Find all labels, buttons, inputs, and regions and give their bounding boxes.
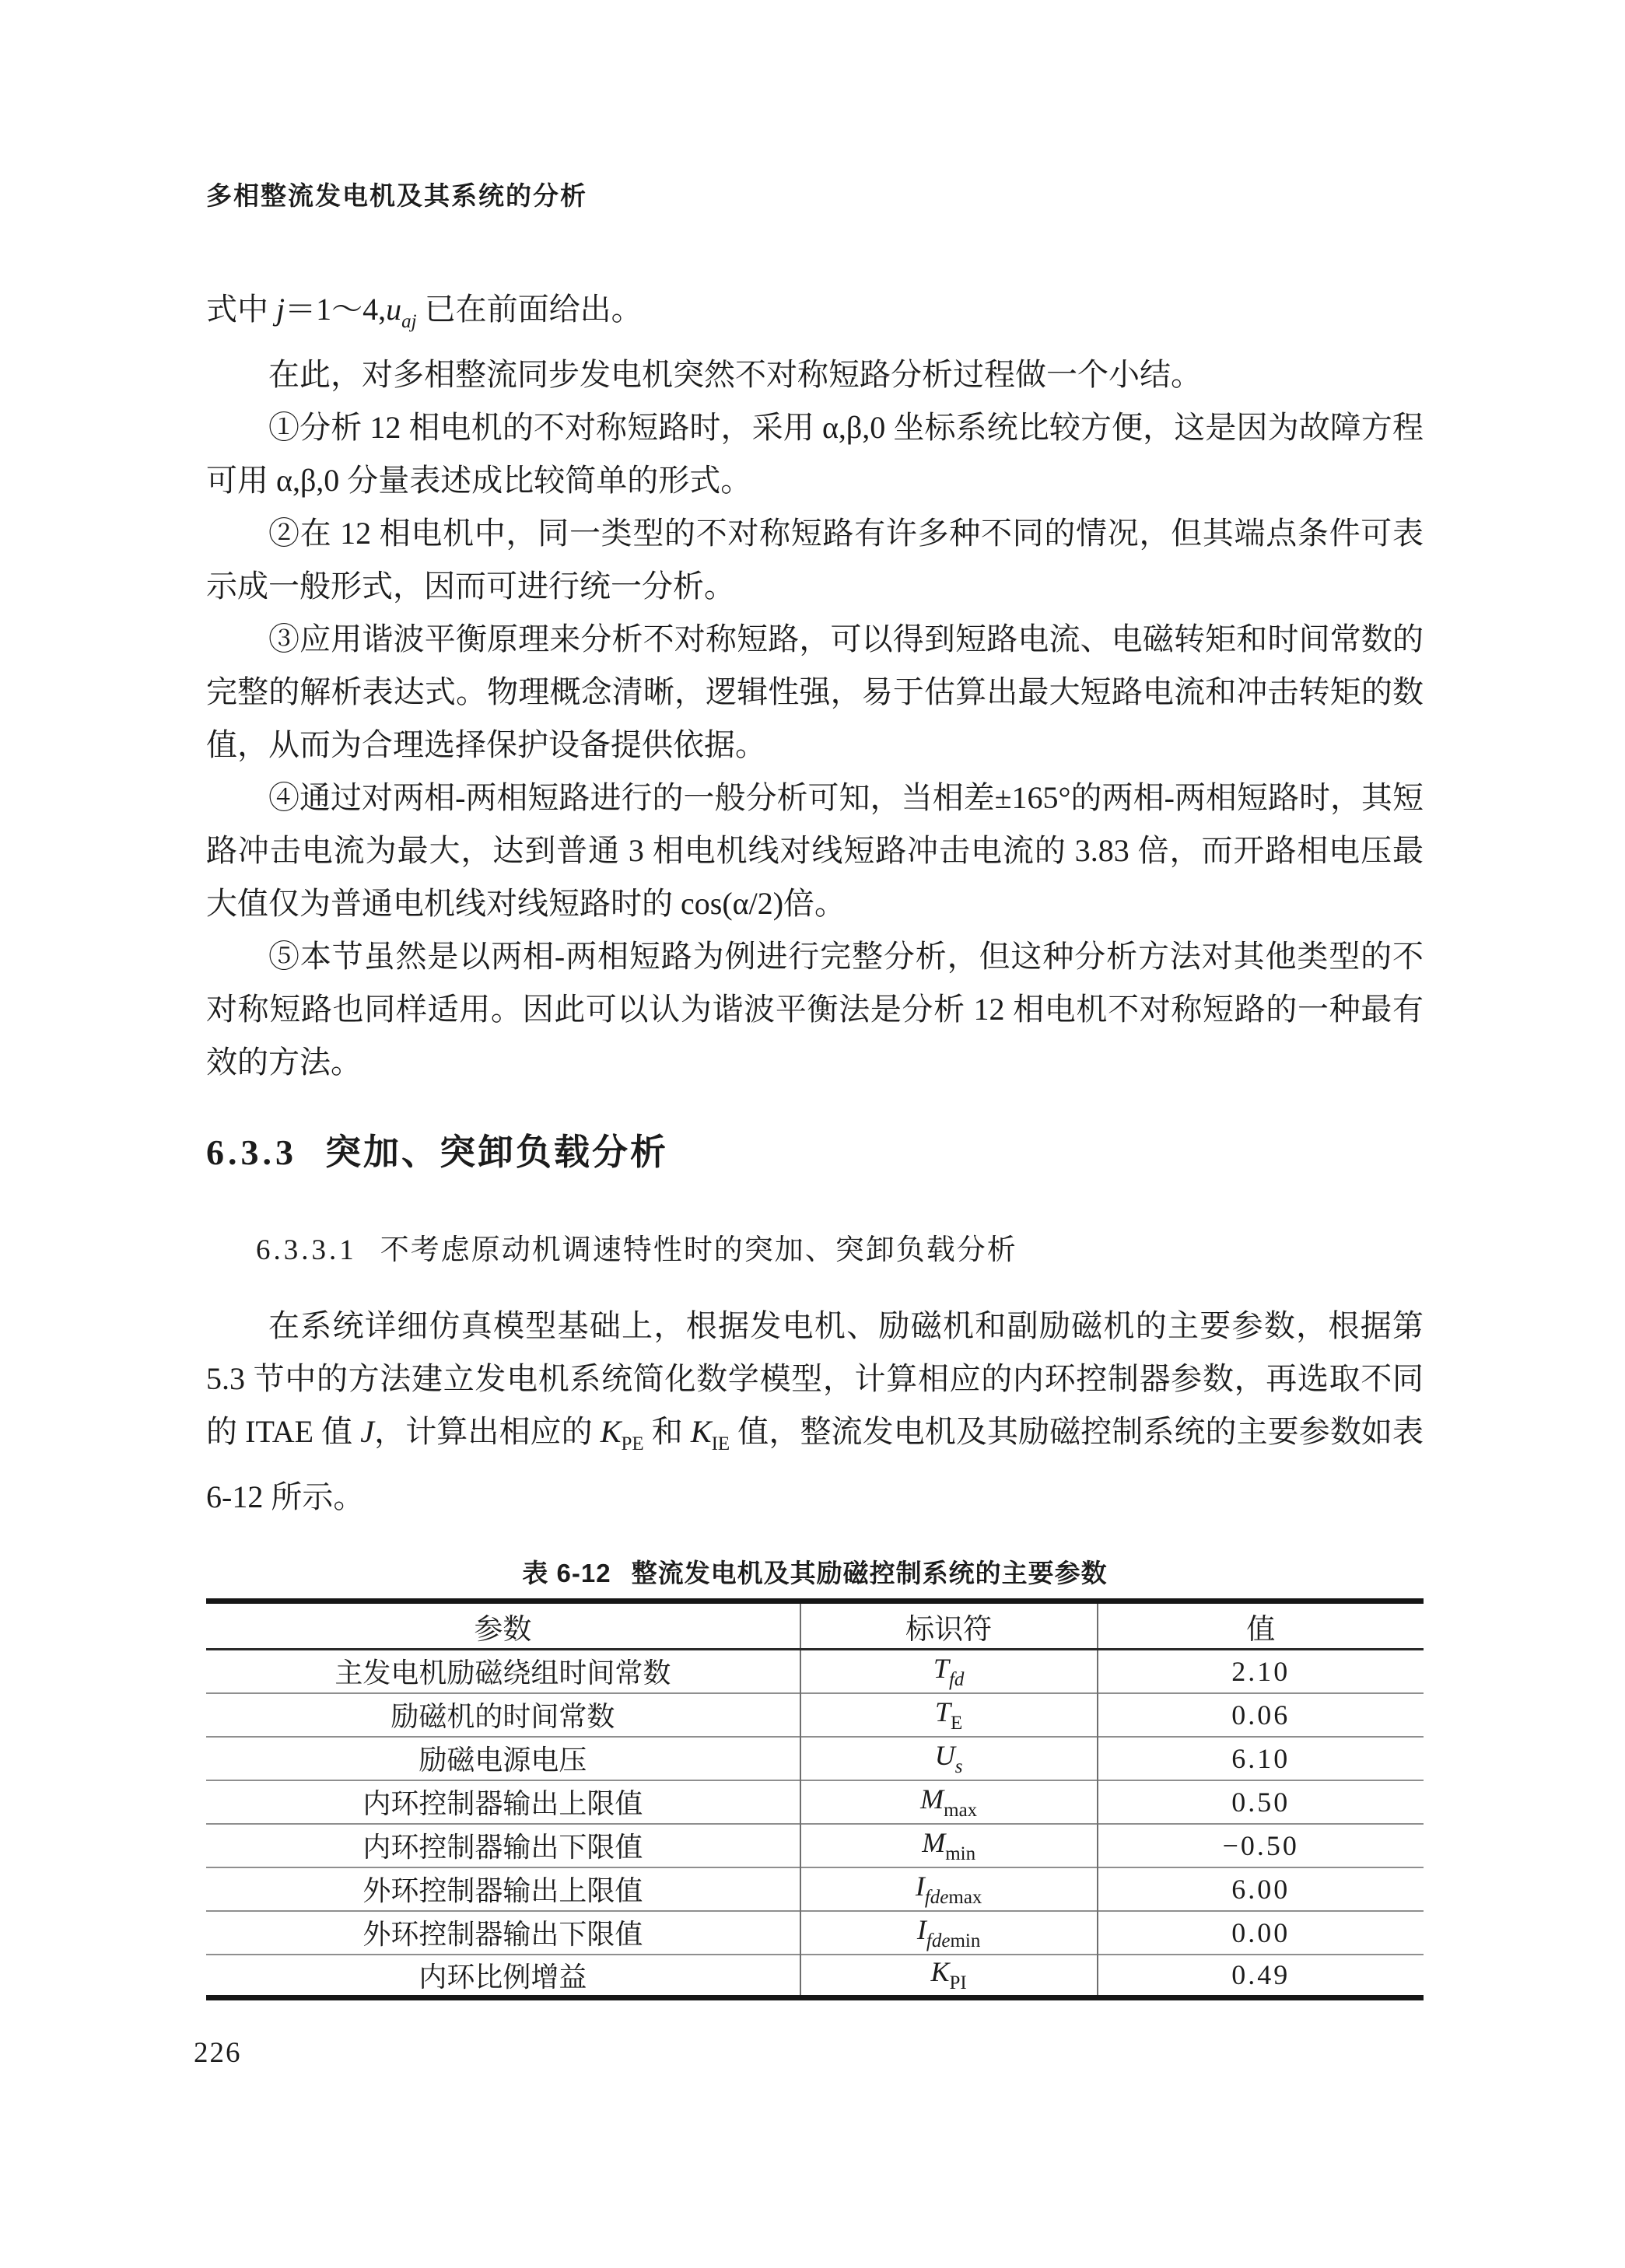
math-subscript: s xyxy=(955,1756,963,1777)
value-cell: 0.00 xyxy=(1098,1911,1424,1955)
math-var: M xyxy=(920,1783,944,1815)
table-row: 外环控制器输出上限值 Ifdemax 6.00 xyxy=(206,1867,1424,1911)
text-segment: ＝1～4, xyxy=(285,292,386,327)
math-subscript: PI xyxy=(950,1972,967,1993)
symbol-cell: TE xyxy=(800,1693,1098,1737)
header-cell-value: 值 xyxy=(1098,1601,1424,1650)
paragraph-formula-note: 式中 j＝1～4,uaj 已在前面给出。 xyxy=(206,283,1424,348)
math-subscript-IE: IE xyxy=(712,1433,730,1454)
page-number: 226 xyxy=(194,2036,1424,2070)
paragraph-item-4: ④通过对两相-两相短路进行的一般分析可知，当相差±165°的两相-两相短路时，其… xyxy=(206,772,1424,930)
page: 多相整流发电机及其系统的分析 式中 j＝1～4,uaj 已在前面给出。 在此，对… xyxy=(0,0,1625,2268)
math-var-K: K xyxy=(601,1414,622,1449)
symbol-cell: Mmax xyxy=(800,1780,1098,1824)
value-cell: 6.00 xyxy=(1098,1867,1424,1911)
section-number: 6.3.3 xyxy=(206,1132,297,1172)
paragraph-item-1: ①分析 12 相电机的不对称短路时，采用 α,β,0 坐标系统比较方便，这是因为… xyxy=(206,401,1424,507)
math-var: T xyxy=(935,1696,951,1727)
table-row: 内环控制器输出下限值 Mmin −0.50 xyxy=(206,1824,1424,1867)
table-row: 励磁电源电压 Us 6.10 xyxy=(206,1737,1424,1780)
table-header-row: 参数 标识符 值 xyxy=(206,1601,1424,1650)
text-segment: ，计算出相应的 xyxy=(374,1414,601,1449)
math-subscript: min xyxy=(950,1930,980,1951)
symbol-cell: Ifdemin xyxy=(800,1911,1098,1955)
math-subscript: fde xyxy=(925,1887,949,1908)
symbol-cell: Us xyxy=(800,1737,1098,1780)
math-subscript-aj: aj xyxy=(401,311,416,332)
table-row: 外环控制器输出下限值 Ifdemin 0.00 xyxy=(206,1911,1424,1955)
symbol-cell: KPI xyxy=(800,1955,1098,1998)
math-var-j: j xyxy=(276,292,285,327)
symbol-cell: Tfd xyxy=(800,1650,1098,1693)
subsection-heading: 6.3.3.1不考虑原动机调速特性时的突加、突卸负载分析 xyxy=(206,1233,1424,1269)
math-subscript-PE: PE xyxy=(621,1433,643,1454)
math-var-J: J xyxy=(360,1414,374,1449)
math-subscript: max xyxy=(944,1800,977,1821)
param-cell: 主发电机励磁绕组时间常数 xyxy=(206,1650,800,1693)
symbol-cell: Mmin xyxy=(800,1824,1098,1867)
math-subscript: min xyxy=(945,1843,975,1864)
math-subscript: E xyxy=(951,1713,962,1734)
value-cell: 0.49 xyxy=(1098,1955,1424,1998)
paragraph-model-params: 在系统详细仿真模型基础上，根据发电机、励磁机和副励磁机的主要参数，根据第 5.3… xyxy=(206,1300,1424,1524)
math-subscript: fd xyxy=(949,1669,964,1690)
subsection-title: 不考虑原动机调速特性时的突加、突卸负载分析 xyxy=(380,1234,1017,1266)
param-cell: 励磁电源电压 xyxy=(206,1737,800,1780)
param-cell: 内环控制器输出下限值 xyxy=(206,1824,800,1867)
value-cell: −0.50 xyxy=(1098,1824,1424,1867)
table-row: 内环控制器输出上限值 Mmax 0.50 xyxy=(206,1780,1424,1824)
body-text: 式中 j＝1～4,uaj 已在前面给出。 在此，对多相整流同步发电机突然不对称短… xyxy=(206,283,1424,1089)
paragraph-item-3: ③应用谐波平衡原理来分析不对称短路，可以得到短路电流、电磁转矩和时间常数的完整的… xyxy=(206,613,1424,772)
math-var-u: u xyxy=(386,292,401,327)
param-cell: 外环控制器输出下限值 xyxy=(206,1911,800,1955)
symbol-cell: Ifdemax xyxy=(800,1867,1098,1911)
value-cell: 6.10 xyxy=(1098,1737,1424,1780)
param-cell: 外环控制器输出上限值 xyxy=(206,1867,800,1911)
math-var: U xyxy=(935,1740,955,1771)
value-cell: 0.50 xyxy=(1098,1780,1424,1824)
table-row: 内环比例增益 KPI 0.49 xyxy=(206,1955,1424,1998)
value-cell: 2.10 xyxy=(1098,1650,1424,1693)
section-title: 突加、突卸负载分析 xyxy=(325,1132,668,1172)
math-var: K xyxy=(931,1956,950,1987)
param-cell: 励磁机的时间常数 xyxy=(206,1693,800,1737)
params-table: 参数 标识符 值 主发电机励磁绕组时间常数 Tfd 2.10 励磁机的时间常数 … xyxy=(206,1598,1424,2000)
table-caption: 表 6-12整流发电机及其励磁控制系统的主要参数 xyxy=(206,1558,1424,1589)
paragraph-item-5: ⑤本节虽然是以两相-两相短路为例进行完整分析，但这种分析方法对其他类型的不对称短… xyxy=(206,930,1424,1089)
section-heading: 6.3.3突加、突卸负载分析 xyxy=(206,1128,1424,1177)
table-caption-title: 整流发电机及其励磁控制系统的主要参数 xyxy=(632,1559,1108,1587)
text-segment: 式中 xyxy=(206,292,276,327)
param-cell: 内环比例增益 xyxy=(206,1955,800,1998)
table-row: 主发电机励磁绕组时间常数 Tfd 2.10 xyxy=(206,1650,1424,1693)
table-caption-label: 表 6-12 xyxy=(522,1559,611,1587)
param-cell: 内环控制器输出上限值 xyxy=(206,1780,800,1824)
header-cell-param: 参数 xyxy=(206,1601,800,1650)
paragraph-item-2: ②在 12 相电机中，同一类型的不对称短路有许多种不同的情况，但其端点条件可表示… xyxy=(206,507,1424,613)
value-cell: 0.06 xyxy=(1098,1693,1424,1737)
text-segment: 已在前面给出。 xyxy=(417,292,643,327)
header-cell-symbol: 标识符 xyxy=(800,1601,1098,1650)
running-head: 多相整流发电机及其系统的分析 xyxy=(206,180,1424,212)
math-subscript: max xyxy=(948,1887,982,1908)
text-segment: 和 xyxy=(644,1414,691,1449)
math-var: T xyxy=(933,1653,949,1684)
math-var: I xyxy=(916,1871,925,1902)
math-var: M xyxy=(922,1827,945,1858)
math-var: I xyxy=(917,1914,926,1945)
math-subscript: fde xyxy=(926,1930,951,1951)
table-row: 励磁机的时间常数 TE 0.06 xyxy=(206,1693,1424,1737)
subsection-number: 6.3.3.1 xyxy=(256,1234,357,1266)
math-var-K: K xyxy=(691,1414,712,1449)
paragraph-summary-intro: 在此，对多相整流同步发电机突然不对称短路分析过程做一个小结。 xyxy=(206,348,1424,401)
